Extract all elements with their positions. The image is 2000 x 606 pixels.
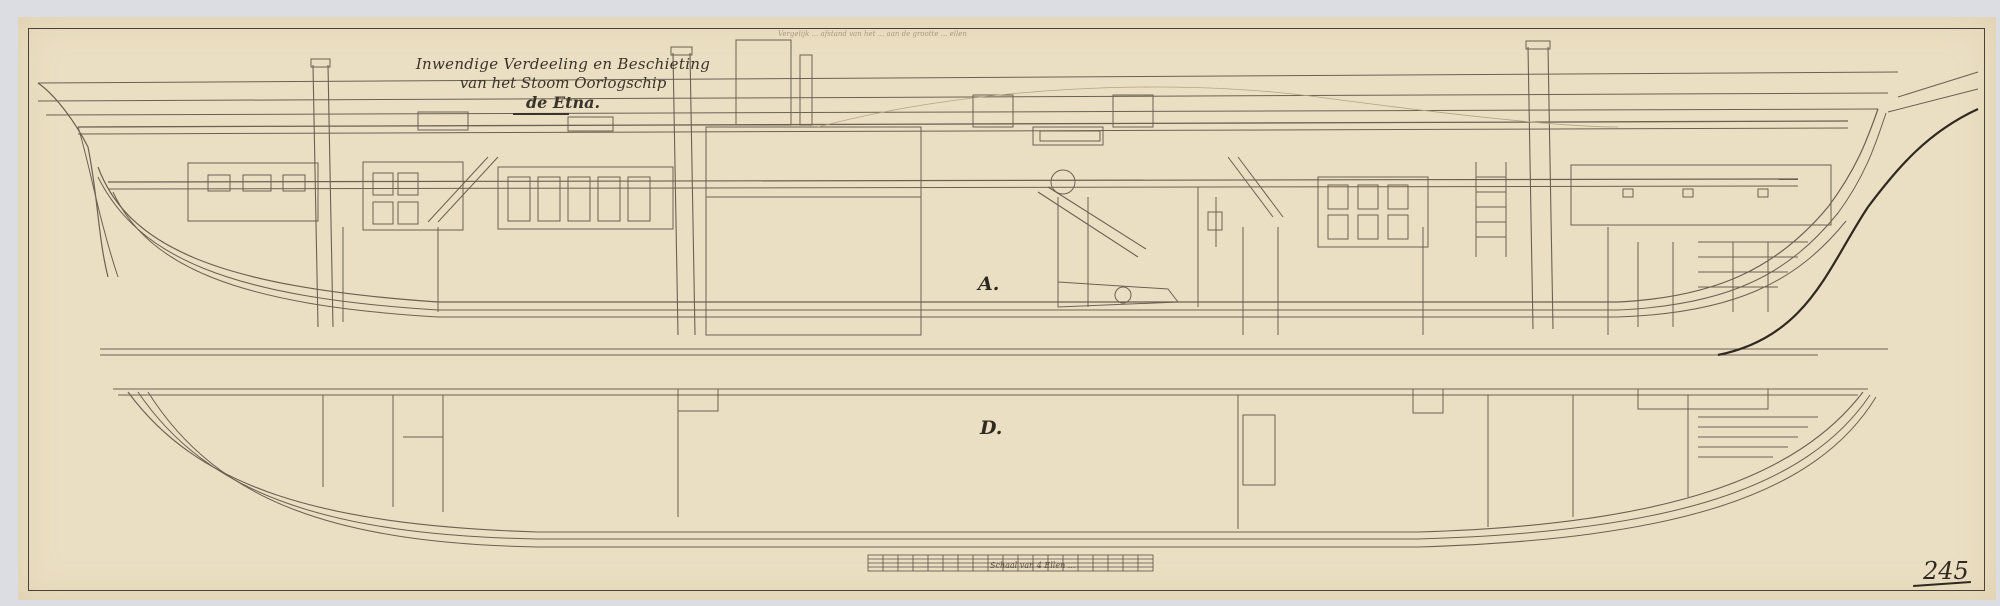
title-underline <box>513 113 569 115</box>
faint-header-note: Vergelijk ... afstand van het ... aan de… <box>778 30 967 38</box>
drawing-sheet: Inwendige Verdeeling en Beschieting van … <box>18 17 1996 600</box>
title-line-3: de Etna. <box>403 93 723 112</box>
view-label-d: D. <box>980 417 1002 439</box>
title-line-1: Inwendige Verdeeling en Beschieting <box>403 55 723 74</box>
view-label-a: A. <box>978 273 999 295</box>
scale-bar-label: Schaal van 4 Ellen ... <box>990 561 1075 570</box>
ship-plan-drawing <box>18 17 1996 600</box>
title-line-2: van het Stoom Oorlogschip <box>403 74 723 93</box>
drawing-title: Inwendige Verdeeling en Beschieting van … <box>403 55 723 115</box>
